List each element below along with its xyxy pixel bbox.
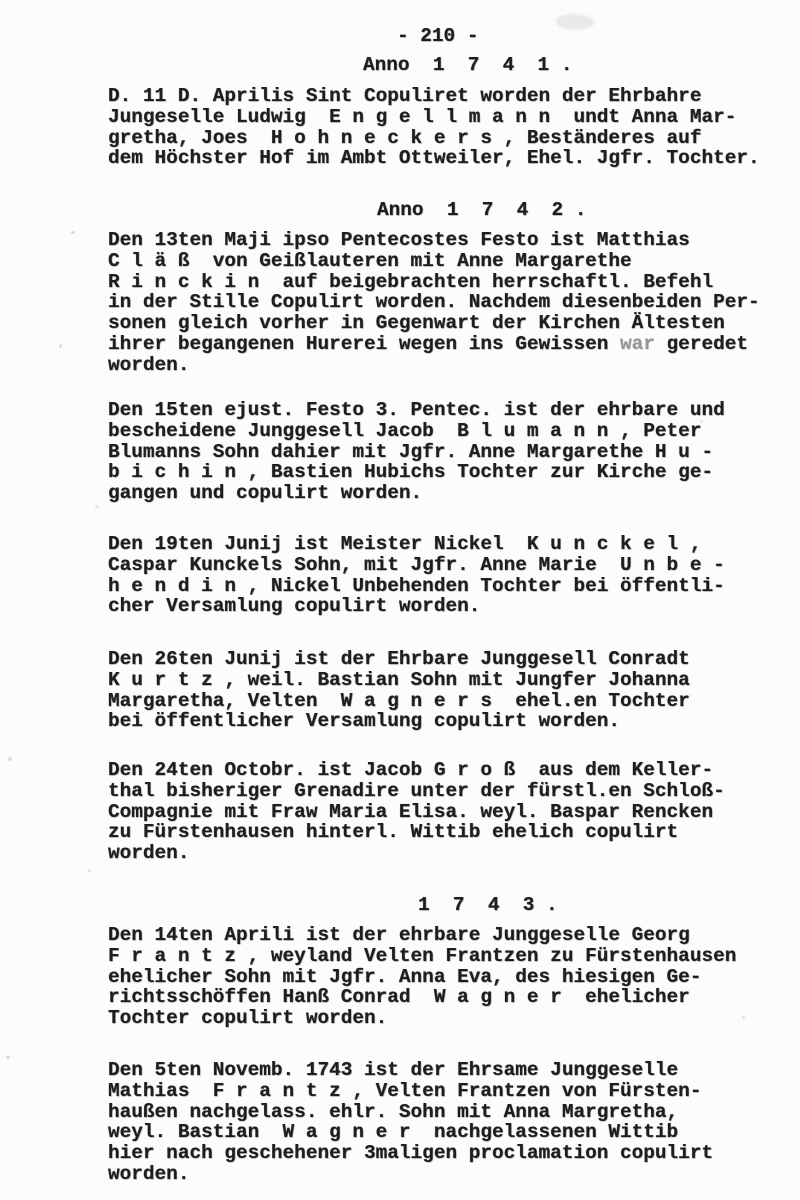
scan-speckle	[71, 231, 75, 234]
marriage-entry-1743-apr14: Den 14ten Aprili ist der ehrbare Jungges…	[108, 925, 736, 1029]
scan-smudge	[556, 14, 594, 30]
scan-speckle	[6, 1056, 10, 1059]
scan-speckle	[700, 420, 703, 423]
scan-speckle	[8, 757, 12, 761]
marriage-entry-1742-may15: Den 15ten ejust. Festo 3. Pentec. ist de…	[108, 400, 725, 504]
marriage-entry-1742-jun26: Den 26ten Junij ist der Ehrbare Junggese…	[108, 649, 690, 732]
scan-speckle	[95, 505, 99, 508]
marriage-entry-1742-oct24: Den 24ten Octobr. ist Jacob G r o ß aus …	[108, 760, 725, 864]
scan-speckle	[88, 869, 91, 872]
scanned-register-page: - 210 - Anno 1 7 4 1 . D. 11 D. Aprilis …	[0, 0, 800, 1200]
marriage-entry-1742-may13: Den 13ten Maji ipso Pentecostes Festo is…	[108, 230, 760, 376]
year-heading-1741: Anno 1 7 4 1 .	[363, 55, 572, 76]
marriage-entry-1742-jun19: Den 19ten Junij ist Meister Nickel K u n…	[108, 534, 725, 617]
marriage-entry-1743-nov5: Den 5ten Novemb. 1743 ist der Ehrsame Ju…	[108, 1060, 713, 1185]
year-heading-1743: 1 7 4 3 .	[418, 895, 558, 916]
page-number: - 210 -	[397, 26, 478, 47]
scan-speckle	[742, 1016, 745, 1019]
marriage-entry-1741-april: D. 11 D. Aprilis Sint Copuliret worden d…	[108, 86, 760, 169]
scan-speckle	[59, 344, 62, 348]
year-heading-1742: Anno 1 7 4 2 .	[377, 200, 586, 221]
